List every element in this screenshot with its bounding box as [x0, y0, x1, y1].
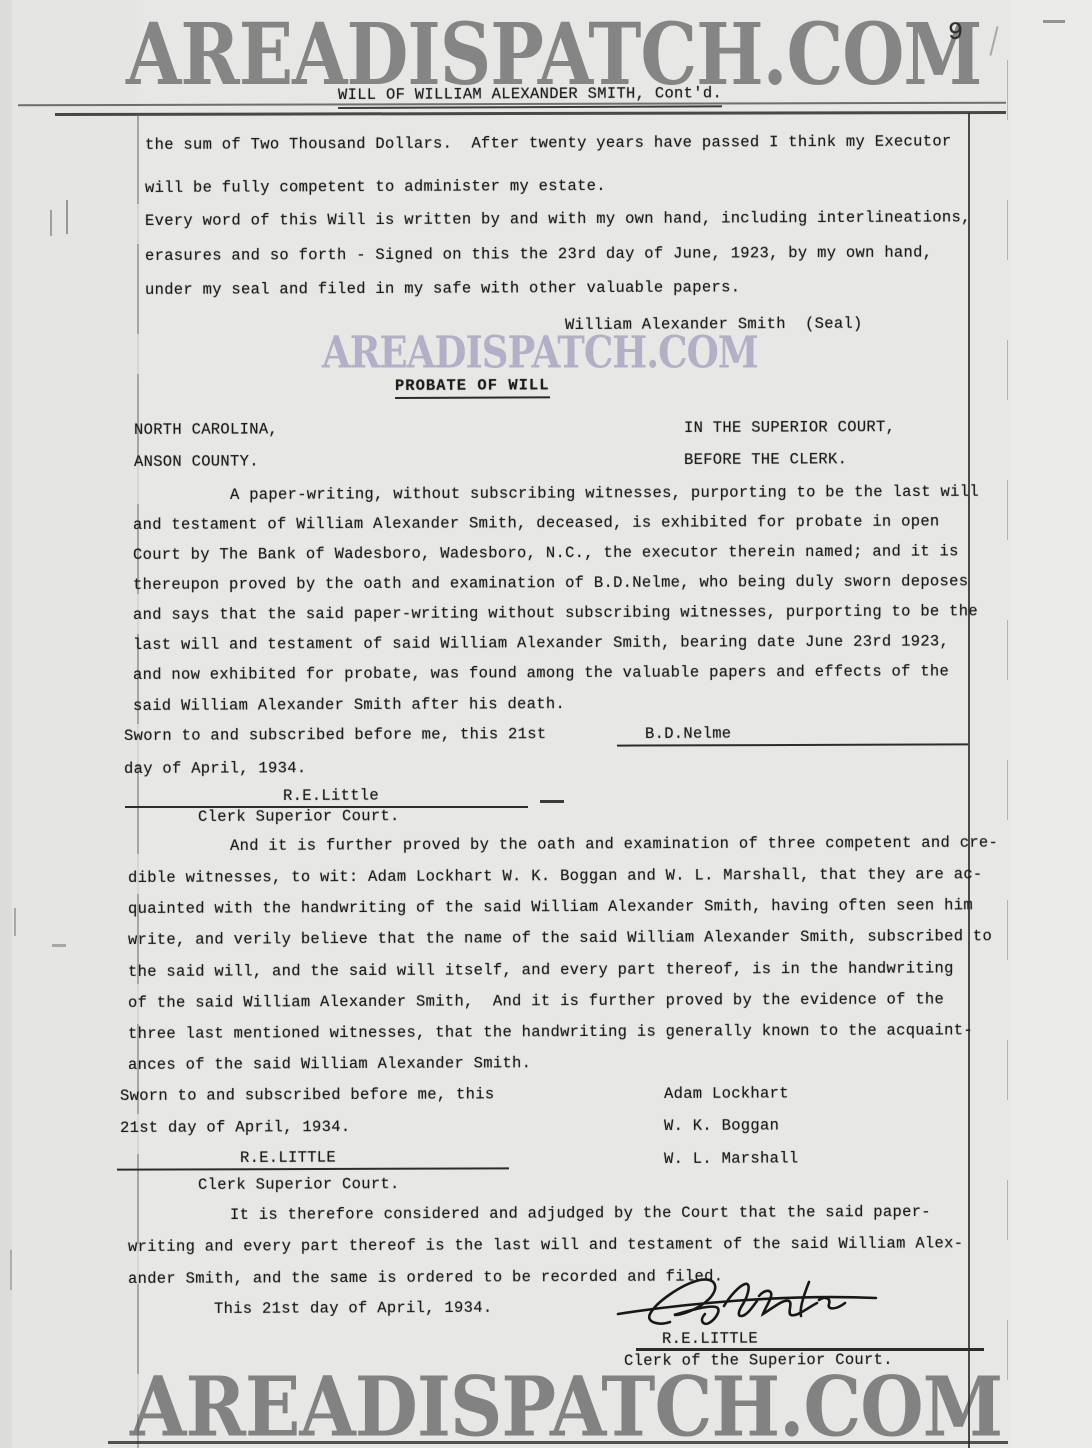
probate-line: and now exhibited for probate, was found… [133, 662, 949, 685]
sworn-statement-line: day of April, 1934. [124, 759, 307, 779]
witness-name: Adam Lockhart [664, 1084, 789, 1104]
court-name: IN THE SUPERIOR COURT, [684, 418, 895, 438]
probate-line: A paper-writing, without subscribing wit… [230, 483, 979, 505]
handwritten-signature [612, 1270, 882, 1334]
will-paragraph-line: erasures and so forth - Signed on this t… [145, 244, 932, 266]
signature-underline [617, 743, 968, 746]
court-before: BEFORE THE CLERK. [684, 450, 847, 470]
scan-artifact [52, 944, 66, 947]
probate-line: and says that the said paper-writing wit… [133, 602, 978, 625]
right-margin-line [1007, 60, 1008, 1448]
paper-margin-shading [12, 0, 137, 1448]
scan-artifact [540, 800, 564, 803]
probate-line: thereupon proved by the oath and examina… [133, 572, 968, 595]
scan-artifact [989, 26, 998, 56]
will-paragraph-line: Every word of this Will is written by an… [145, 208, 971, 231]
dated-line: This 21st day of April, 1934. [214, 1299, 493, 1319]
probate-line: said William Alexander Smith after his d… [133, 695, 565, 716]
clerk-name: R.E.LITTLE [240, 1149, 336, 1168]
watermark-bottom: AREADISPATCH.COM [130, 1366, 1002, 1448]
witness-name: W. L. Marshall [664, 1149, 799, 1169]
paper-right-shading [1010, 0, 1092, 1448]
document-page: AREADISPATCH.COM AREADISPATCH.COM AREADI… [0, 0, 1092, 1448]
final-clerk-title: Clerk of the Superior Court. [624, 1351, 893, 1371]
will-paragraph-line: the sum of Two Thousand Dollars. After t… [145, 132, 952, 155]
sworn-statement-line: Sworn to and subscribed before me, this [120, 1085, 495, 1106]
scan-artifact [50, 210, 52, 236]
will-paragraph-line: will be fully competent to administer my… [145, 177, 606, 198]
probate-line: ances of the said William Alexander Smit… [128, 1054, 531, 1075]
sworn-statement-line: Sworn to and subscribed before me, this … [124, 725, 547, 746]
header-rule-thick [55, 111, 1006, 116]
venue-county: ANSON COUNTY. [134, 452, 259, 472]
scan-artifact [1043, 20, 1065, 23]
scan-artifact [14, 908, 16, 936]
venue-state: NORTH CAROLINA, [134, 420, 278, 440]
probate-line: last will and testament of said William … [133, 632, 949, 655]
scan-artifact [10, 1250, 12, 1290]
watermark-middle: AREADISPATCH.COM [322, 331, 758, 375]
final-clerk-name: R.E.LITTLE [662, 1330, 758, 1349]
probate-line: It is therefore considered and adjudged … [230, 1203, 931, 1225]
probate-line: writing and every part thereof is the la… [128, 1234, 963, 1257]
paper-edge-shading [0, 0, 12, 1448]
bottom-edge-line [108, 1441, 1008, 1444]
probate-line: write, and verily believe that the name … [128, 927, 992, 950]
probate-line: And it is further proved by the oath and… [230, 834, 998, 856]
page-number: 9 [948, 18, 963, 47]
clerk-name-underline [117, 1167, 509, 1170]
clerk-name: R.E.Little [283, 787, 379, 806]
testator-signature-line: William Alexander Smith (Seal) [565, 315, 863, 335]
probate-line: Court by The Bank of Wadesboro, Wadesbor… [133, 542, 959, 565]
probate-line: dible witnesses, to wit: Adam Lockhart W… [128, 865, 983, 888]
signer-name: B.D.Nelme [645, 725, 732, 744]
clerk-title: Clerk Superior Court. [198, 1175, 400, 1195]
probate-line: of the said William Alexander Smith, And… [128, 990, 944, 1013]
scan-artifact [66, 200, 68, 234]
probate-line: quainted with the handwriting of the sai… [128, 896, 973, 919]
probate-line: and testament of William Alexander Smith… [133, 512, 940, 535]
right-border-line [968, 113, 970, 1448]
probate-line: three last mentioned witnesses, that the… [128, 1021, 973, 1044]
sworn-statement-line: 21st day of April, 1934. [120, 1118, 351, 1138]
probate-heading: PROBATE OF WILL [395, 376, 550, 399]
will-paragraph-line: under my seal and filed in my safe with … [145, 278, 740, 300]
witness-name: W. K. Boggan [664, 1116, 779, 1136]
clerk-title: Clerk Superior Court. [198, 807, 400, 827]
probate-line: the said will, and the said will itself,… [128, 959, 954, 982]
